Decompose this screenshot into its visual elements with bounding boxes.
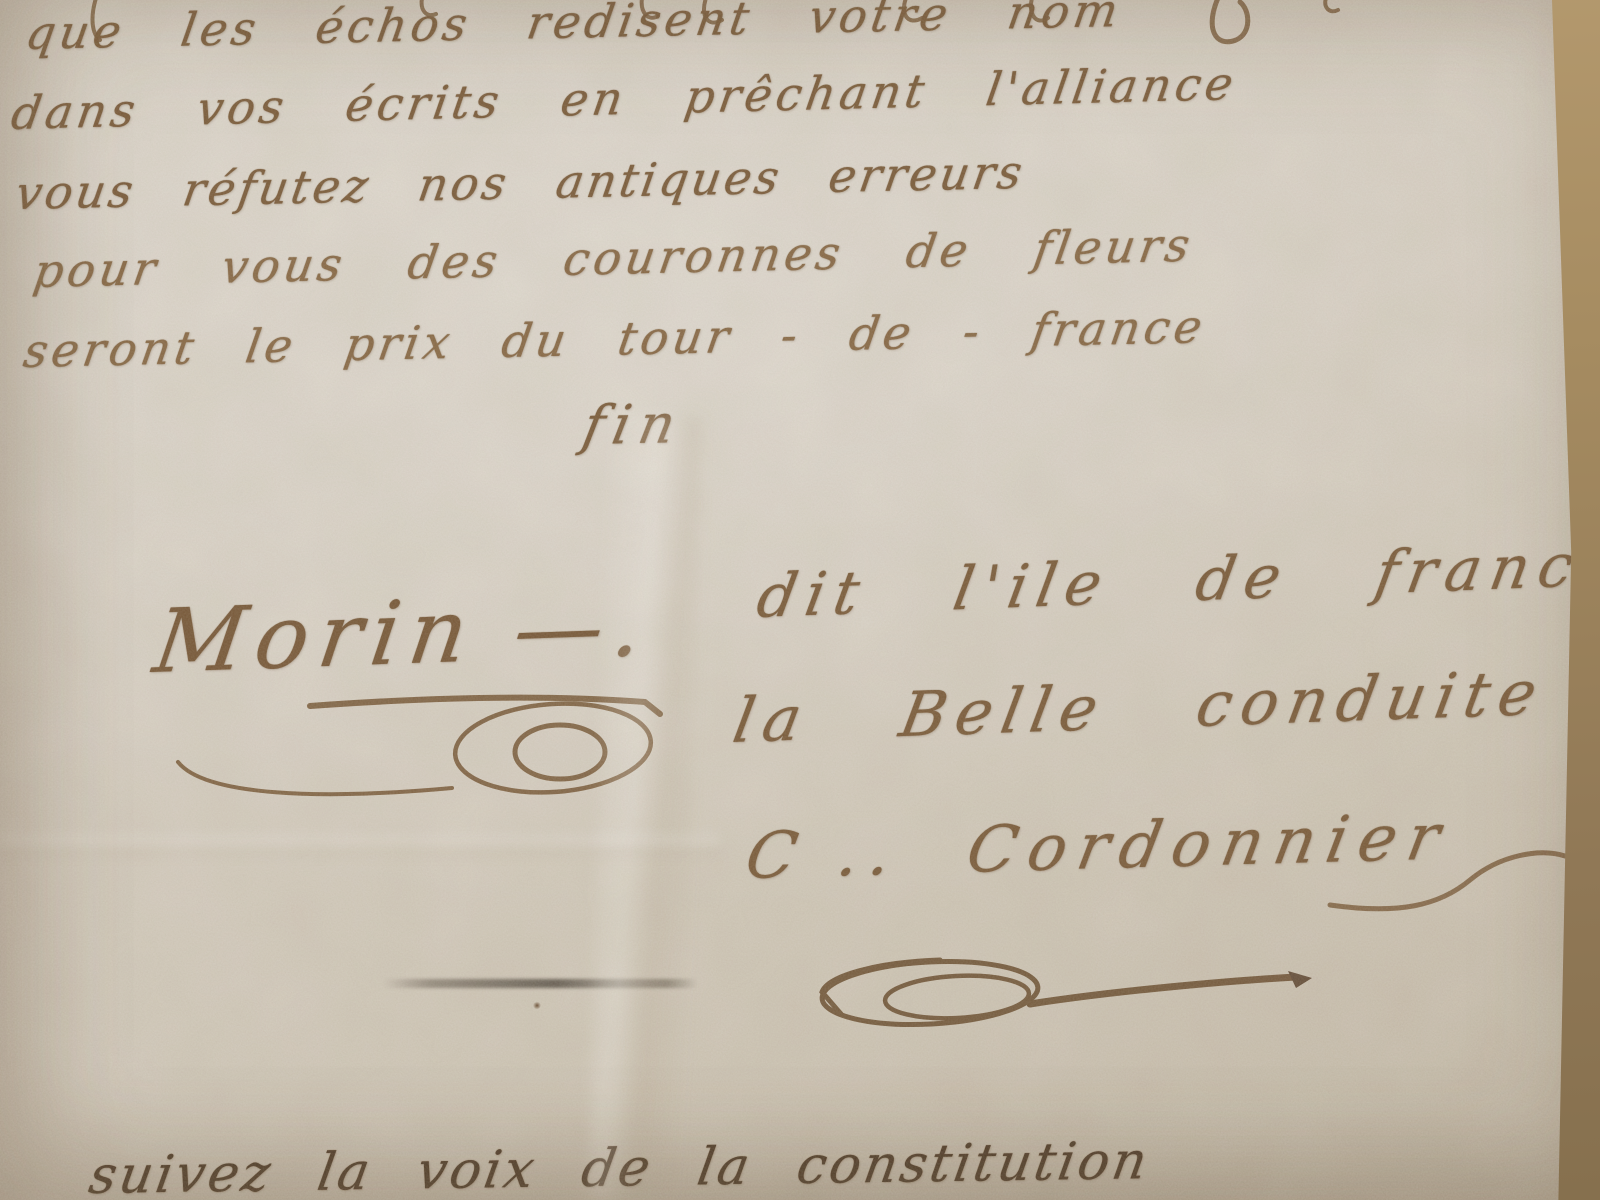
cordonnier-signature: Cordonnier (961, 801, 1456, 888)
ink-speck (533, 1002, 541, 1009)
verse-line-5: seront le prix du tour - de - france (20, 299, 1210, 378)
morin-paraph-flourish (178, 697, 660, 798)
compagnon-initial: C .. (740, 816, 909, 894)
verse-line-2: dans vos écrits en prêchant l'alliance (8, 56, 1241, 140)
cordonnier-paraph-flourish (821, 956, 1312, 1029)
vertical-crease (588, 414, 704, 1200)
belle-conduite-line: la Belle conduite (728, 656, 1551, 757)
verse-line-4: pour vous des couronnes de fleurs (30, 218, 1197, 298)
morin-signature: Morin —. (148, 573, 659, 693)
paper-sheet: que les échos redisent votre nom dans vo… (0, 0, 1600, 1200)
dit-ile-de-france-line: dit l'ile de france (752, 529, 1600, 632)
manuscript-photo: { "manuscript": { "verse_lines": [ "que … (0, 0, 1600, 1200)
cordonnier-signature-line: C .. Cordonnier (740, 801, 1457, 894)
verse-line-1: que les échos redisent votre nom (22, 0, 1126, 60)
verse-line-3: vous réfutez nos antiques erreurs (12, 145, 1029, 220)
horizontal-crease (0, 828, 720, 860)
